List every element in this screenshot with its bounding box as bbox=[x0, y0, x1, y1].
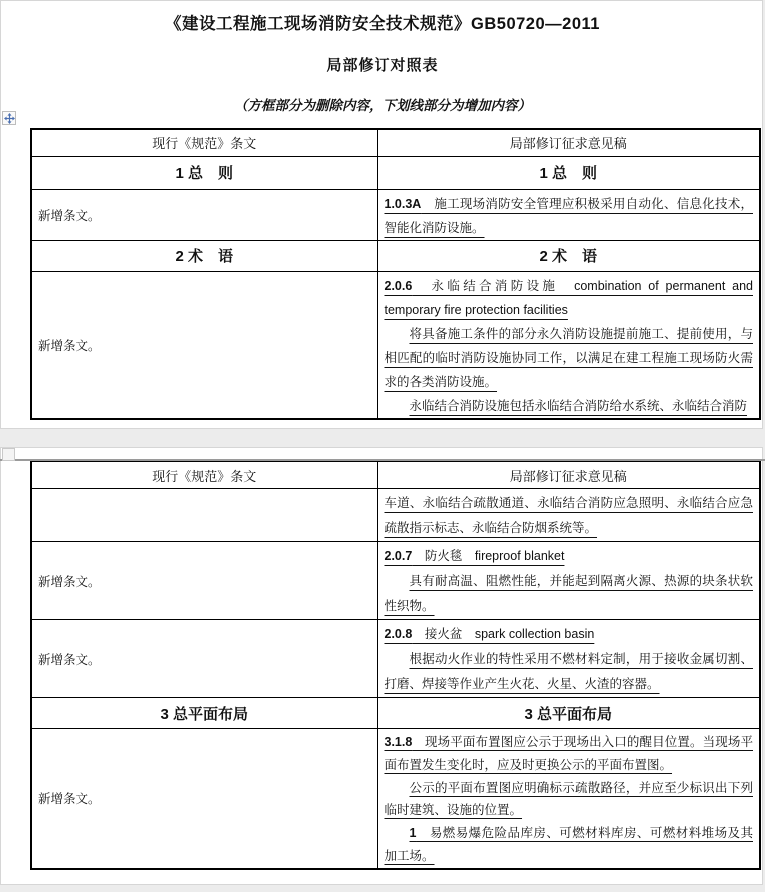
move-icon bbox=[4, 113, 15, 124]
column-header-current-code: 现行《规范》条文 bbox=[31, 462, 377, 489]
cell-new-clause-label: 新增条文。 bbox=[31, 271, 377, 419]
section-terms-left: 2 术 语 bbox=[31, 240, 377, 271]
clause-paragraph: 2.0.6 永临结合消防设施 combination of permanent … bbox=[385, 274, 754, 322]
cell-new-clause-label: 新增条文。 bbox=[31, 729, 377, 869]
clause-number: 3.1.8 bbox=[385, 735, 413, 749]
cell-clause-2-0-7: 2.0.7 防火毯 fireproof blanket 具有耐高温、阻燃性能，并… bbox=[377, 542, 760, 620]
clause-paragraph: 具有耐高温、阻燃性能，并能起到隔离火源、热源的块条状软性织物。 bbox=[385, 569, 754, 619]
clause-number: 2.0.8 bbox=[385, 627, 413, 641]
table-row: 新增条文。 2.0.7 防火毯 fireproof blanket 具有耐高温、… bbox=[31, 542, 760, 620]
document-subtitle: 局部修订对照表 bbox=[0, 54, 765, 75]
page2-corner-marker bbox=[2, 448, 15, 461]
section-layout-right: 3 总平面布局 bbox=[377, 698, 760, 729]
column-header-revision-draft: 局部修订征求意见稿 bbox=[377, 129, 760, 156]
section-general-left: 1 总 则 bbox=[31, 156, 377, 189]
document-note: （方框部分为删除内容，下划线部分为增加内容） bbox=[0, 94, 765, 114]
comparison-table-page2: 现行《规范》条文 局部修订征求意见稿 车道、永临结合疏散通道、永临结合消防应急照… bbox=[30, 461, 761, 870]
comparison-table-page1: 现行《规范》条文 局部修订征求意见稿 1 总 则 1 总 则 新增条文。 1.0… bbox=[30, 128, 761, 420]
table-row: 车道、永临结合疏散通道、永临结合消防应急照明、永临结合应急疏散指示标志、永临结合… bbox=[31, 489, 760, 542]
table-row: 新增条文。 2.0.6 永临结合消防设施 combination of perm… bbox=[31, 271, 760, 419]
column-header-revision-draft: 局部修订征求意见稿 bbox=[377, 462, 760, 489]
cell-clause-2-0-6-continued: 车道、永临结合疏散通道、永临结合消防应急照明、永临结合应急疏散指示标志、永临结合… bbox=[377, 489, 760, 542]
section-general-right: 1 总 则 bbox=[377, 156, 760, 189]
clause-paragraph: 2.0.8 接火盆 spark collection basin bbox=[385, 622, 754, 647]
table-row: 新增条文。 3.1.8 现场平面布置图应公示于现场出入口的醒目位置。当现场平面布… bbox=[31, 729, 760, 869]
cell-new-clause-label: 新增条文。 bbox=[31, 620, 377, 698]
cell-empty bbox=[31, 489, 377, 542]
clause-paragraph: 1.0.3A 施工现场消防安全管理应积极采用自动化、信息化技术，智能化消防设施。 bbox=[385, 192, 754, 240]
cell-new-clause-label: 新增条文。 bbox=[31, 542, 377, 620]
clause-paragraph: 永临结合消防设施包括永临结合消防给水系统、永临结合消防 bbox=[385, 394, 754, 418]
section-row-general: 1 总 则 1 总 则 bbox=[31, 156, 760, 189]
cell-new-clause-label: 新增条文。 bbox=[31, 189, 377, 240]
table-row: 新增条文。 1.0.3A 施工现场消防安全管理应积极采用自动化、信息化技术，智能… bbox=[31, 189, 760, 240]
clause-number: 2.0.6 bbox=[385, 279, 413, 293]
table-row: 新增条文。 2.0.8 接火盆 spark collection basin 根… bbox=[31, 620, 760, 698]
section-layout-left: 3 总平面布局 bbox=[31, 698, 377, 729]
section-terms-right: 2 术 语 bbox=[377, 240, 760, 271]
table-move-handle[interactable] bbox=[2, 111, 16, 125]
clause-paragraph: 根据动火作业的特性采用不燃材料定制，用于接收金属切割、打磨、焊接等作业产生火花、… bbox=[385, 647, 754, 697]
table2-header-row: 现行《规范》条文 局部修订征求意见稿 bbox=[31, 462, 760, 489]
clause-number: 1.0.3A bbox=[385, 197, 422, 211]
cell-clause-2-0-8: 2.0.8 接火盆 spark collection basin 根据动火作业的… bbox=[377, 620, 760, 698]
clause-paragraph: 2.0.7 防火毯 fireproof blanket bbox=[385, 544, 754, 569]
clause-paragraph: 车道、永临结合疏散通道、永临结合消防应急照明、永临结合应急疏散指示标志、永临结合… bbox=[385, 491, 754, 541]
table-split-line bbox=[0, 459, 765, 461]
clause-paragraph: 将具备施工条件的部分永久消防设施提前施工、提前使用，与相匹配的临时消防设施协同工… bbox=[385, 322, 754, 394]
cell-clause-2-0-6: 2.0.6 永临结合消防设施 combination of permanent … bbox=[377, 271, 760, 419]
section-row-terms: 2 术 语 2 术 语 bbox=[31, 240, 760, 271]
clause-list-item: 1 易燃易爆危险品库房、可燃材料库房、可燃材料堆场及其加工场。 bbox=[385, 822, 754, 868]
clause-paragraph: 公示的平面布置图应明确标示疏散路径，并应至少标识出下列临时建筑、设施的位置。 bbox=[385, 777, 754, 823]
clause-number: 2.0.7 bbox=[385, 549, 413, 563]
section-row-site-layout: 3 总平面布局 3 总平面布局 bbox=[31, 698, 760, 729]
cell-clause-3-1-8: 3.1.8 现场平面布置图应公示于现场出入口的醒目位置。当现场平面布置发生变化时… bbox=[377, 729, 760, 869]
table1-header-row: 现行《规范》条文 局部修订征求意见稿 bbox=[31, 129, 760, 156]
column-header-current-code: 现行《规范》条文 bbox=[31, 129, 377, 156]
document-title: 《建设工程施工现场消防安全技术规范》GB50720—2011 bbox=[0, 10, 765, 34]
clause-paragraph: 3.1.8 现场平面布置图应公示于现场出入口的醒目位置。当现场平面布置发生变化时… bbox=[385, 731, 754, 777]
document-canvas: 《建设工程施工现场消防安全技术规范》GB50720—2011 局部修订对照表 （… bbox=[0, 0, 765, 892]
cell-clause-1-0-3a: 1.0.3A 施工现场消防安全管理应积极采用自动化、信息化技术，智能化消防设施。 bbox=[377, 189, 760, 240]
